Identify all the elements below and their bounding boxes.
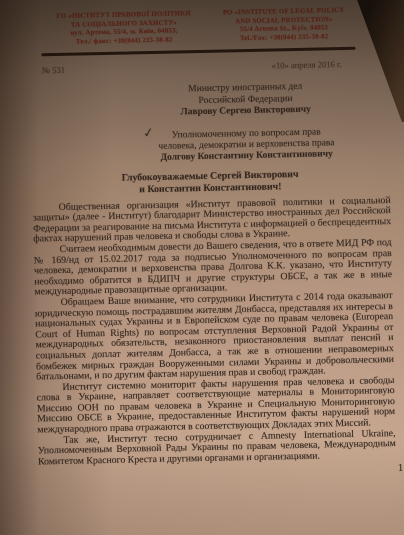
body-paragraph: Так же, Институт тесно сотрудничает с Am…: [37, 429, 396, 468]
addressee-ombudsman: ✓ Уполномоченному по вопросам прав челов…: [127, 127, 366, 166]
body-paragraph: Институт системно мониторит факты наруше…: [36, 376, 395, 436]
letterhead-english: PO «INSTITUTE OF LEGAL POLICY AND SOCIAL…: [205, 7, 364, 45]
body-paragraph: Обращаем Ваше внимание, что сотрудники И…: [35, 291, 395, 383]
body-paragraph: Считаем необходимым довести до Вашего св…: [34, 238, 393, 298]
reference-line: № 531 «10» апреля 2016 г.: [42, 59, 342, 75]
letterhead-ukrainian: ГО «ІНСТИТУТ ПРАВОВОЇ ПОЛІТИКИ ТА СОЦІАЛ…: [45, 10, 204, 48]
salutation: Глубокоуважаемые Сергей Викторович и Кон…: [28, 167, 392, 199]
checkmark-icon: ✓: [142, 127, 155, 140]
letterhead-divider-rule: [41, 47, 355, 57]
document-photo: ГО «ІНСТИТУТ ПРАВОВОЇ ПОЛІТИКИ ТА СОЦІАЛ…: [0, 0, 404, 535]
letterhead: ГО «ІНСТИТУТ ПРАВОВОЇ ПОЛІТИКИ ТА СОЦІАЛ…: [45, 7, 364, 48]
letter-body: Общественная организация «Институт право…: [33, 196, 396, 468]
letter-date: «10» апреля 2016 г.: [272, 59, 342, 70]
page-number: 1: [398, 463, 403, 474]
outgoing-number: № 531: [42, 65, 65, 75]
addressee-minister: Министру иностранных дел Российской Феде…: [126, 81, 365, 120]
letter-page: ГО «ІНСТИТУТ ПРАВОВОЇ ПОЛІТИКИ ТА СОЦІАЛ…: [0, 0, 404, 535]
